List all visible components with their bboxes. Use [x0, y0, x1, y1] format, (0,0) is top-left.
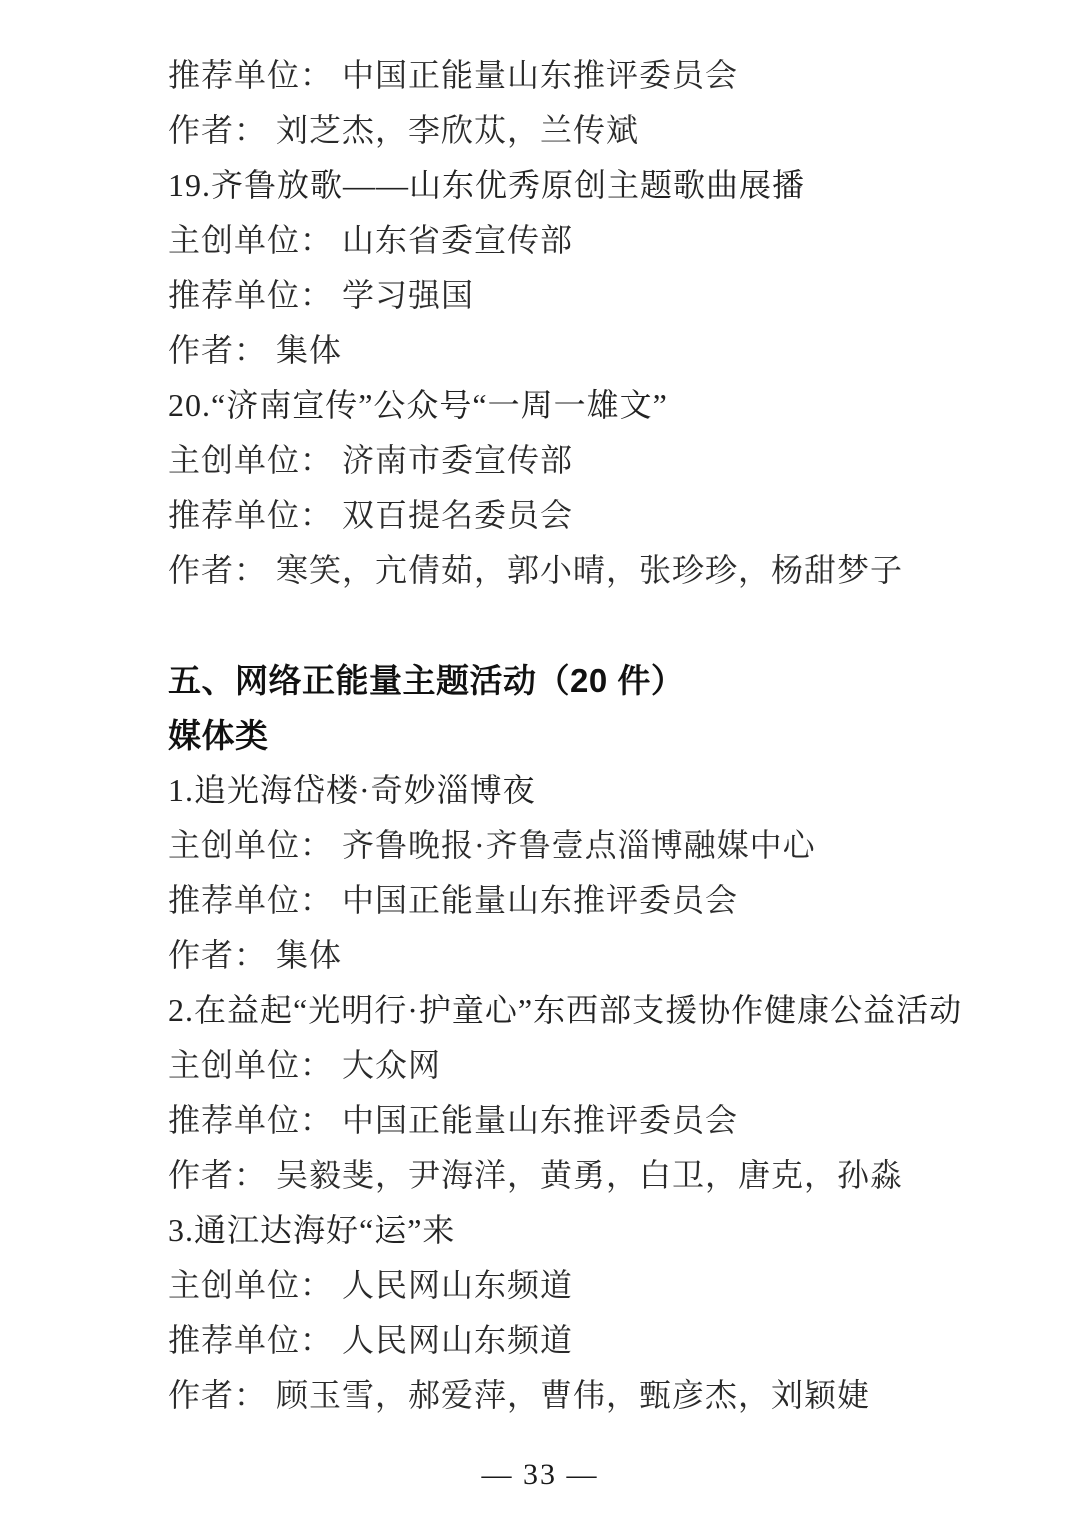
field-authors: 作者： 吴毅斐，尹海洋，黄勇，白卫，唐克，孙淼 [168, 1148, 1048, 1203]
document-page: 推荐单位： 中国正能量山东推评委员会作者： 刘芝杰，李欣苁，兰传斌19.齐鲁放歌… [0, 0, 1080, 1536]
field-recommender: 推荐单位： 双百提名委员会 [168, 488, 1048, 543]
field-recommender: 推荐单位： 中国正能量山东推评委员会 [168, 48, 1048, 103]
field-recommender: 推荐单位： 学习强国 [168, 268, 1048, 323]
document-content: 推荐单位： 中国正能量山东推评委员会作者： 刘芝杰，李欣苁，兰传斌19.齐鲁放歌… [168, 48, 1048, 1423]
page-number: — 33 — [482, 1458, 599, 1491]
subsection-heading-media: 媒体类 [168, 708, 1048, 763]
item-title-2: 2.在益起“光明行·护童心”东西部支援协作健康公益活动 [168, 983, 1048, 1038]
field-authors: 作者： 寒笑，亢倩茹，郭小晴，张珍珍，杨甜梦子 [168, 543, 1048, 598]
section-heading-5: 五、网络正能量主题活动（20 件） [168, 653, 1048, 708]
field-recommender: 推荐单位： 人民网山东频道 [168, 1313, 1048, 1368]
field-creator: 主创单位： 山东省委宣传部 [168, 213, 1048, 268]
item-title-3: 3.通江达海好“运”来 [168, 1203, 1048, 1258]
item-title-19: 19.齐鲁放歌——山东优秀原创主题歌曲展播 [168, 158, 1048, 213]
field-creator: 主创单位： 齐鲁晚报·齐鲁壹点淄博融媒中心 [168, 818, 1048, 873]
blank-line [168, 598, 1048, 653]
field-authors: 作者： 集体 [168, 928, 1048, 983]
field-recommender: 推荐单位： 中国正能量山东推评委员会 [168, 1093, 1048, 1148]
item-title-20: 20.“济南宣传”公众号“一周一雄文” [168, 378, 1048, 433]
field-creator: 主创单位： 济南市委宣传部 [168, 433, 1048, 488]
field-authors: 作者： 刘芝杰，李欣苁，兰传斌 [168, 103, 1048, 158]
item-title-1: 1.追光海岱楼·奇妙淄博夜 [168, 763, 1048, 818]
page-footer: — 33 — [0, 1458, 1080, 1492]
field-authors: 作者： 集体 [168, 323, 1048, 378]
field-recommender: 推荐单位： 中国正能量山东推评委员会 [168, 873, 1048, 928]
field-creator: 主创单位： 人民网山东频道 [168, 1258, 1048, 1313]
field-authors: 作者： 顾玉雪，郝爱萍，曹伟，甄彦杰，刘颖婕 [168, 1368, 1048, 1423]
field-creator: 主创单位： 大众网 [168, 1038, 1048, 1093]
